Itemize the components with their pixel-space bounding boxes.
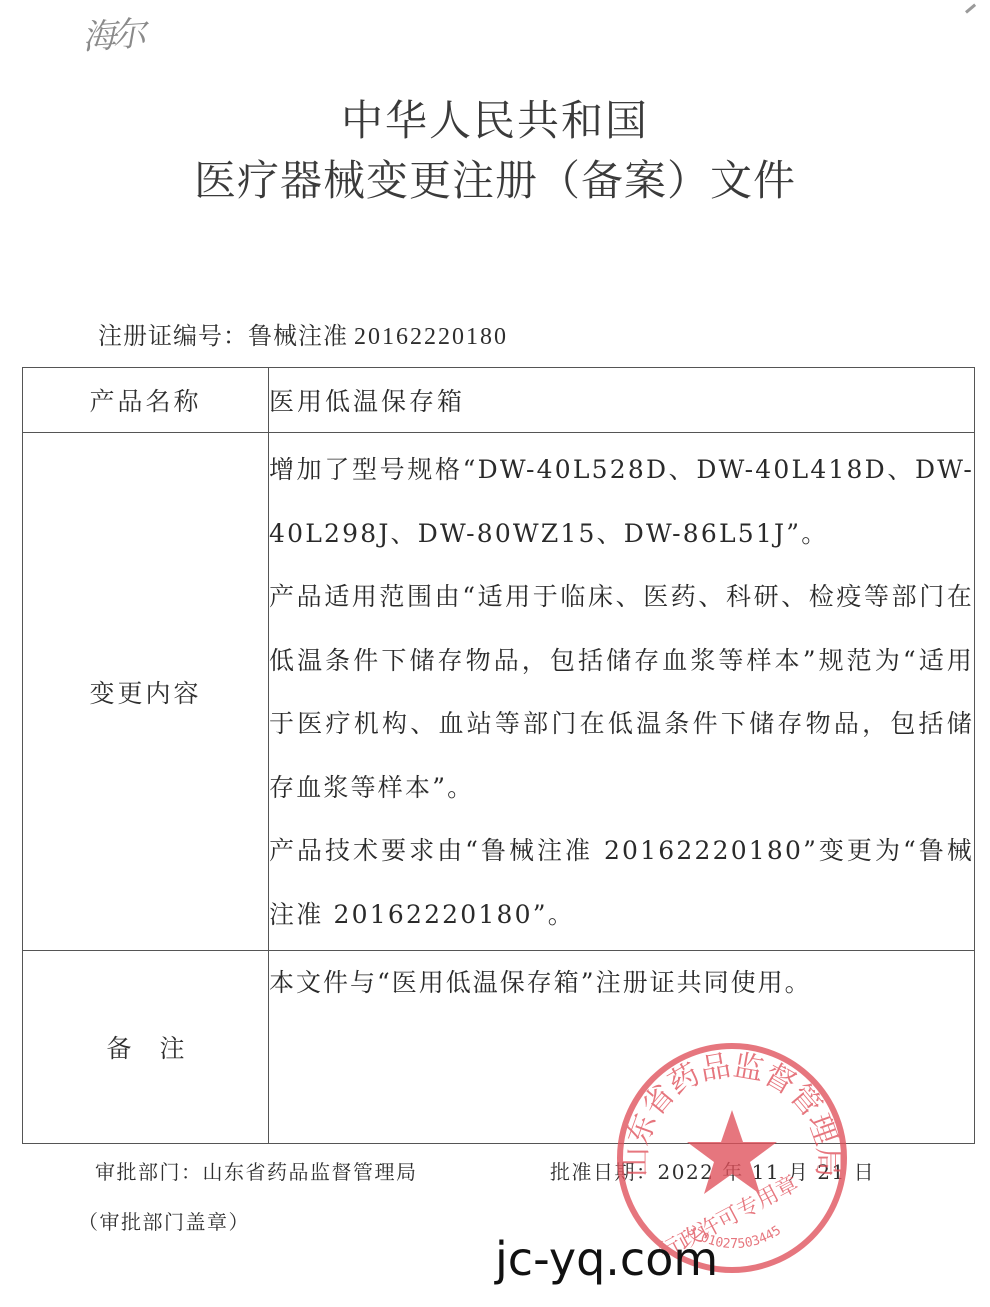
corner-pen-mark <box>960 0 976 14</box>
approval-department-label: 审批部门： <box>95 1160 203 1184</box>
remarks-label: 备注 <box>23 951 269 1144</box>
registration-number-label: 注册证编号： <box>98 322 248 350</box>
remarks-text: 本文件与“医用低温保存箱”注册证共同使用。 <box>269 951 974 1015</box>
approval-date-value: 2022 年 11 月 21 日 <box>658 1160 876 1184</box>
remarks-value: 本文件与“医用低温保存箱”注册证共同使用。 <box>269 951 975 1144</box>
change-paragraph-tech-requirements: 产品技术要求由“鲁械注准 20162220180”变更为“鲁械注准 201622… <box>269 819 974 946</box>
change-paragraph-scope: 产品适用范围由“适用于临床、医药、科研、检疫等部门在低温条件下储存物品，包括储存… <box>269 565 974 819</box>
seal-note: （审批部门盖章） <box>78 1206 250 1235</box>
handwritten-signature: 海尔 <box>80 6 143 59</box>
document-title-line-1: 中华人民共和国 <box>0 88 990 148</box>
document-title-line-2: 医疗器械变更注册（备案）文件 <box>0 148 990 208</box>
website-watermark: jc-yq.com <box>495 1232 718 1286</box>
registration-number: 20162220180 <box>354 324 508 350</box>
approval-date-label: 批准日期： <box>550 1160 658 1184</box>
registration-number-line: 注册证编号：鲁械注准20162220180 <box>98 316 508 351</box>
product-name-label: 产品名称 <box>23 368 269 433</box>
registration-change-table: 产品名称 医用低温保存箱 变更内容 增加了型号规格“DW-40L528D、DW-… <box>22 367 975 1144</box>
registration-prefix: 鲁械注准 <box>248 322 348 350</box>
approval-department-value: 山东省药品监督管理局 <box>203 1160 418 1184</box>
approval-department: 审批部门：山东省药品监督管理局 <box>95 1156 418 1185</box>
table-row-change-content: 变更内容 增加了型号规格“DW-40L528D、DW-40L418D、DW-40… <box>23 433 975 951</box>
change-content-label: 变更内容 <box>23 433 269 951</box>
approval-date: 批准日期：2022 年 11 月 21 日 <box>550 1156 875 1185</box>
change-paragraph-models: 增加了型号规格“DW-40L528D、DW-40L418D、DW-40L298J… <box>269 438 974 565</box>
table-row-remarks: 备注 本文件与“医用低温保存箱”注册证共同使用。 <box>23 951 975 1144</box>
change-content-value: 增加了型号规格“DW-40L528D、DW-40L418D、DW-40L298J… <box>269 433 975 951</box>
product-name-value: 医用低温保存箱 <box>269 368 975 433</box>
table-row-product-name: 产品名称 医用低温保存箱 <box>23 368 975 433</box>
